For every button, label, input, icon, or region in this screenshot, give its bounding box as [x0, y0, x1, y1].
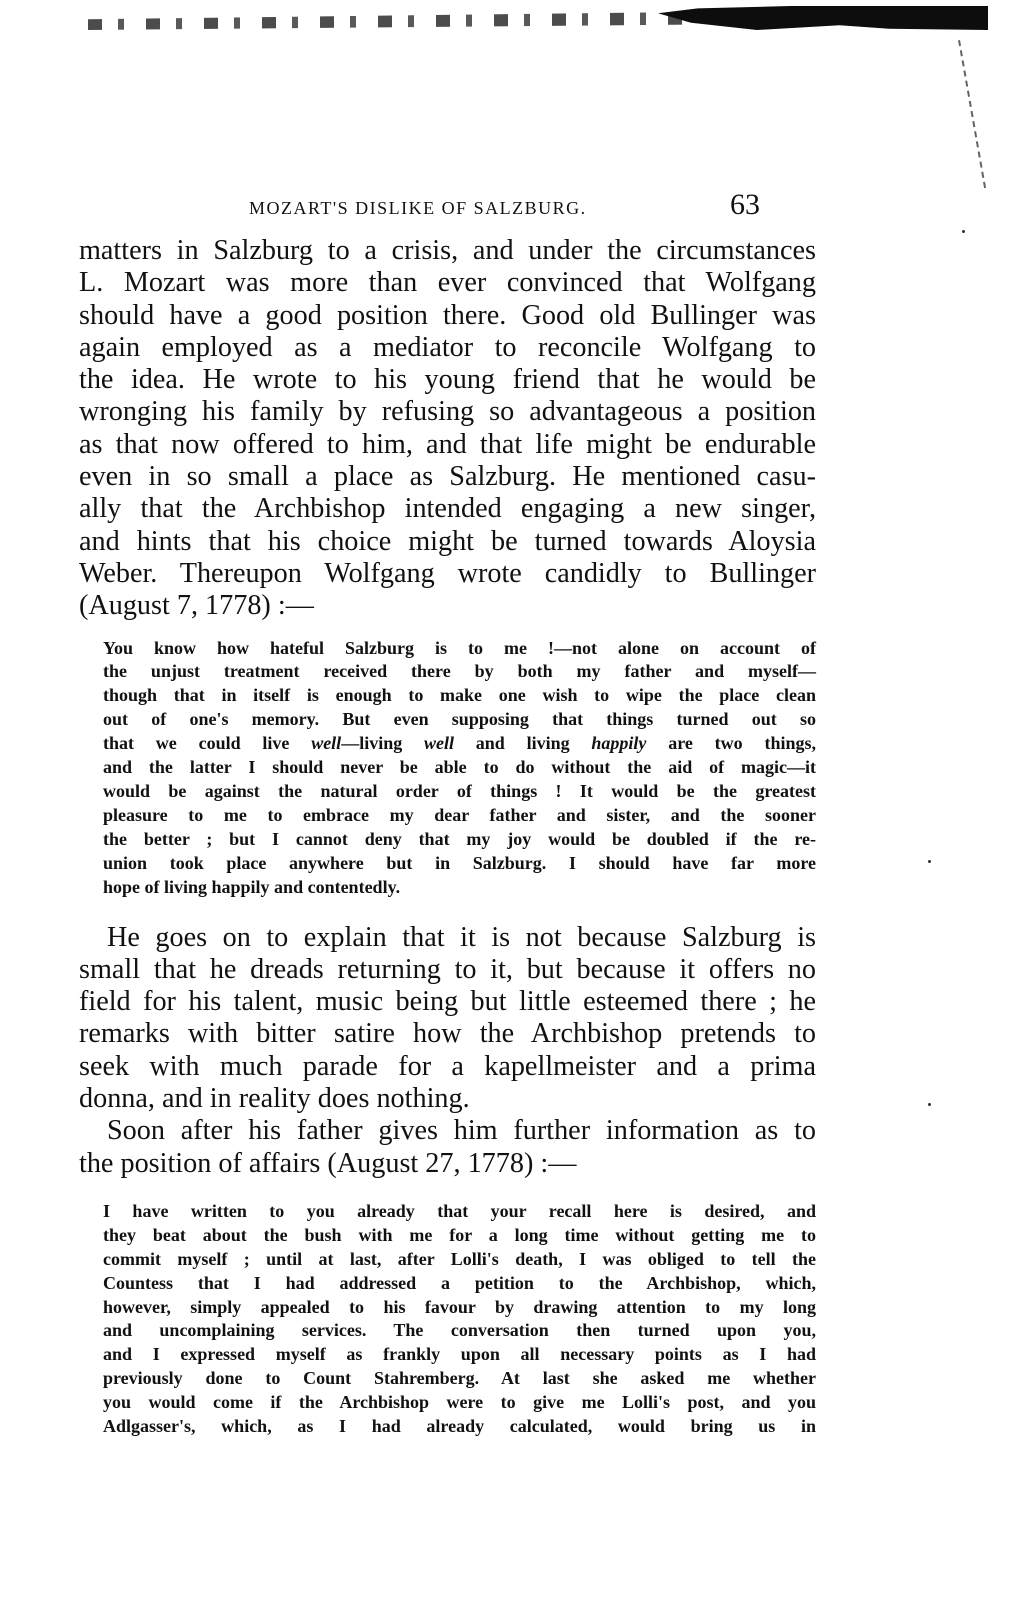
line: as that now offered to him, and that lif…: [79, 429, 816, 461]
block-quote-2: I have written to you already that your …: [79, 1200, 816, 1439]
line: union took place anywhere but in Salzbur…: [79, 852, 816, 876]
line: commit myself ; until at last, after Lol…: [79, 1248, 816, 1272]
scan-artifact-page-edge: [958, 40, 988, 188]
line: Soon after his father gives him further …: [79, 1115, 816, 1147]
line: wronging his family by refusing so advan…: [79, 396, 816, 428]
paragraph-3: Soon after his father gives him further …: [79, 1115, 816, 1180]
line: and the latter I should never be able to…: [79, 756, 816, 780]
line: You know how hateful Salzburg is to me !…: [79, 637, 816, 661]
line: previously done to Count Stahremberg. At…: [79, 1367, 816, 1391]
line: Countess that I had addressed a petition…: [79, 1272, 816, 1296]
line: and hints that his choice might be turne…: [79, 526, 816, 558]
line: out of one's memory. But even supposing …: [79, 708, 816, 732]
line: would be against the natural order of th…: [79, 780, 816, 804]
line: hope of living happily and contentedly.: [79, 876, 816, 900]
line: however, simply appealed to his favour b…: [79, 1296, 816, 1320]
line: pleasure to me to embrace my dear father…: [79, 804, 816, 828]
paragraph-1: matters in Salzburg to a crisis, and und…: [79, 235, 816, 623]
book-page: MOZART'S DISLIKE OF SALZBURG. 63 matters…: [79, 186, 816, 1439]
line: the position of affairs (August 27, 1778…: [79, 1148, 816, 1180]
line: (August 7, 1778) :—: [79, 590, 816, 622]
line: Adlgasser's, which, as I had already cal…: [79, 1415, 816, 1439]
line: and uncomplaining services. The conversa…: [79, 1319, 816, 1343]
page-number: 63: [730, 188, 760, 222]
line: you would come if the Archbishop were to…: [79, 1391, 816, 1415]
scan-speck: [962, 230, 965, 233]
scan-speck: [928, 1103, 931, 1106]
line: donna, and in reality does nothing.: [79, 1083, 816, 1115]
scan-speck: [928, 860, 931, 863]
line: field for his talent, music being but li…: [79, 986, 816, 1018]
line: He goes on to explain that it is not bec…: [79, 922, 816, 954]
line: remarks with bitter satire how the Archb…: [79, 1018, 816, 1050]
line: and I expressed myself as frankly upon a…: [79, 1343, 816, 1367]
line: they beat about the bush with me for a l…: [79, 1224, 816, 1248]
line: L. Mozart was more than ever convinced t…: [79, 267, 816, 299]
running-head: MOZART'S DISLIKE OF SALZBURG. 63: [79, 186, 816, 226]
line: again employed as a mediator to reconcil…: [79, 332, 816, 364]
line: matters in Salzburg to a crisis, and und…: [79, 235, 816, 267]
scan-artifact-top-edge: [88, 0, 988, 40]
line: I have written to you already that your …: [79, 1200, 816, 1224]
line: the unjust treatment received there by b…: [79, 660, 816, 684]
block-quote-1: You know how hateful Salzburg is to me !…: [79, 637, 816, 900]
line: small that he dreads returning to it, bu…: [79, 954, 816, 986]
line: even in so small a place as Salzburg. He…: [79, 461, 816, 493]
line: ally that the Archbishop intended engagi…: [79, 493, 816, 525]
line: that we could live well—living well and …: [79, 732, 816, 756]
line: seek with much parade for a kapellmeiste…: [79, 1051, 816, 1083]
line: Weber. Thereupon Wolfgang wrote candidly…: [79, 558, 816, 590]
line: the idea. He wrote to his young friend t…: [79, 364, 816, 396]
line: though that in itself is enough to make …: [79, 684, 816, 708]
scan-shadow: [658, 6, 988, 30]
line: should have a good position there. Good …: [79, 300, 816, 332]
running-title: MOZART'S DISLIKE OF SALZBURG.: [249, 198, 587, 219]
scan-noise: [88, 12, 688, 30]
paragraph-2: He goes on to explain that it is not bec…: [79, 922, 816, 1116]
line: the better ; but I cannot deny that my j…: [79, 828, 816, 852]
